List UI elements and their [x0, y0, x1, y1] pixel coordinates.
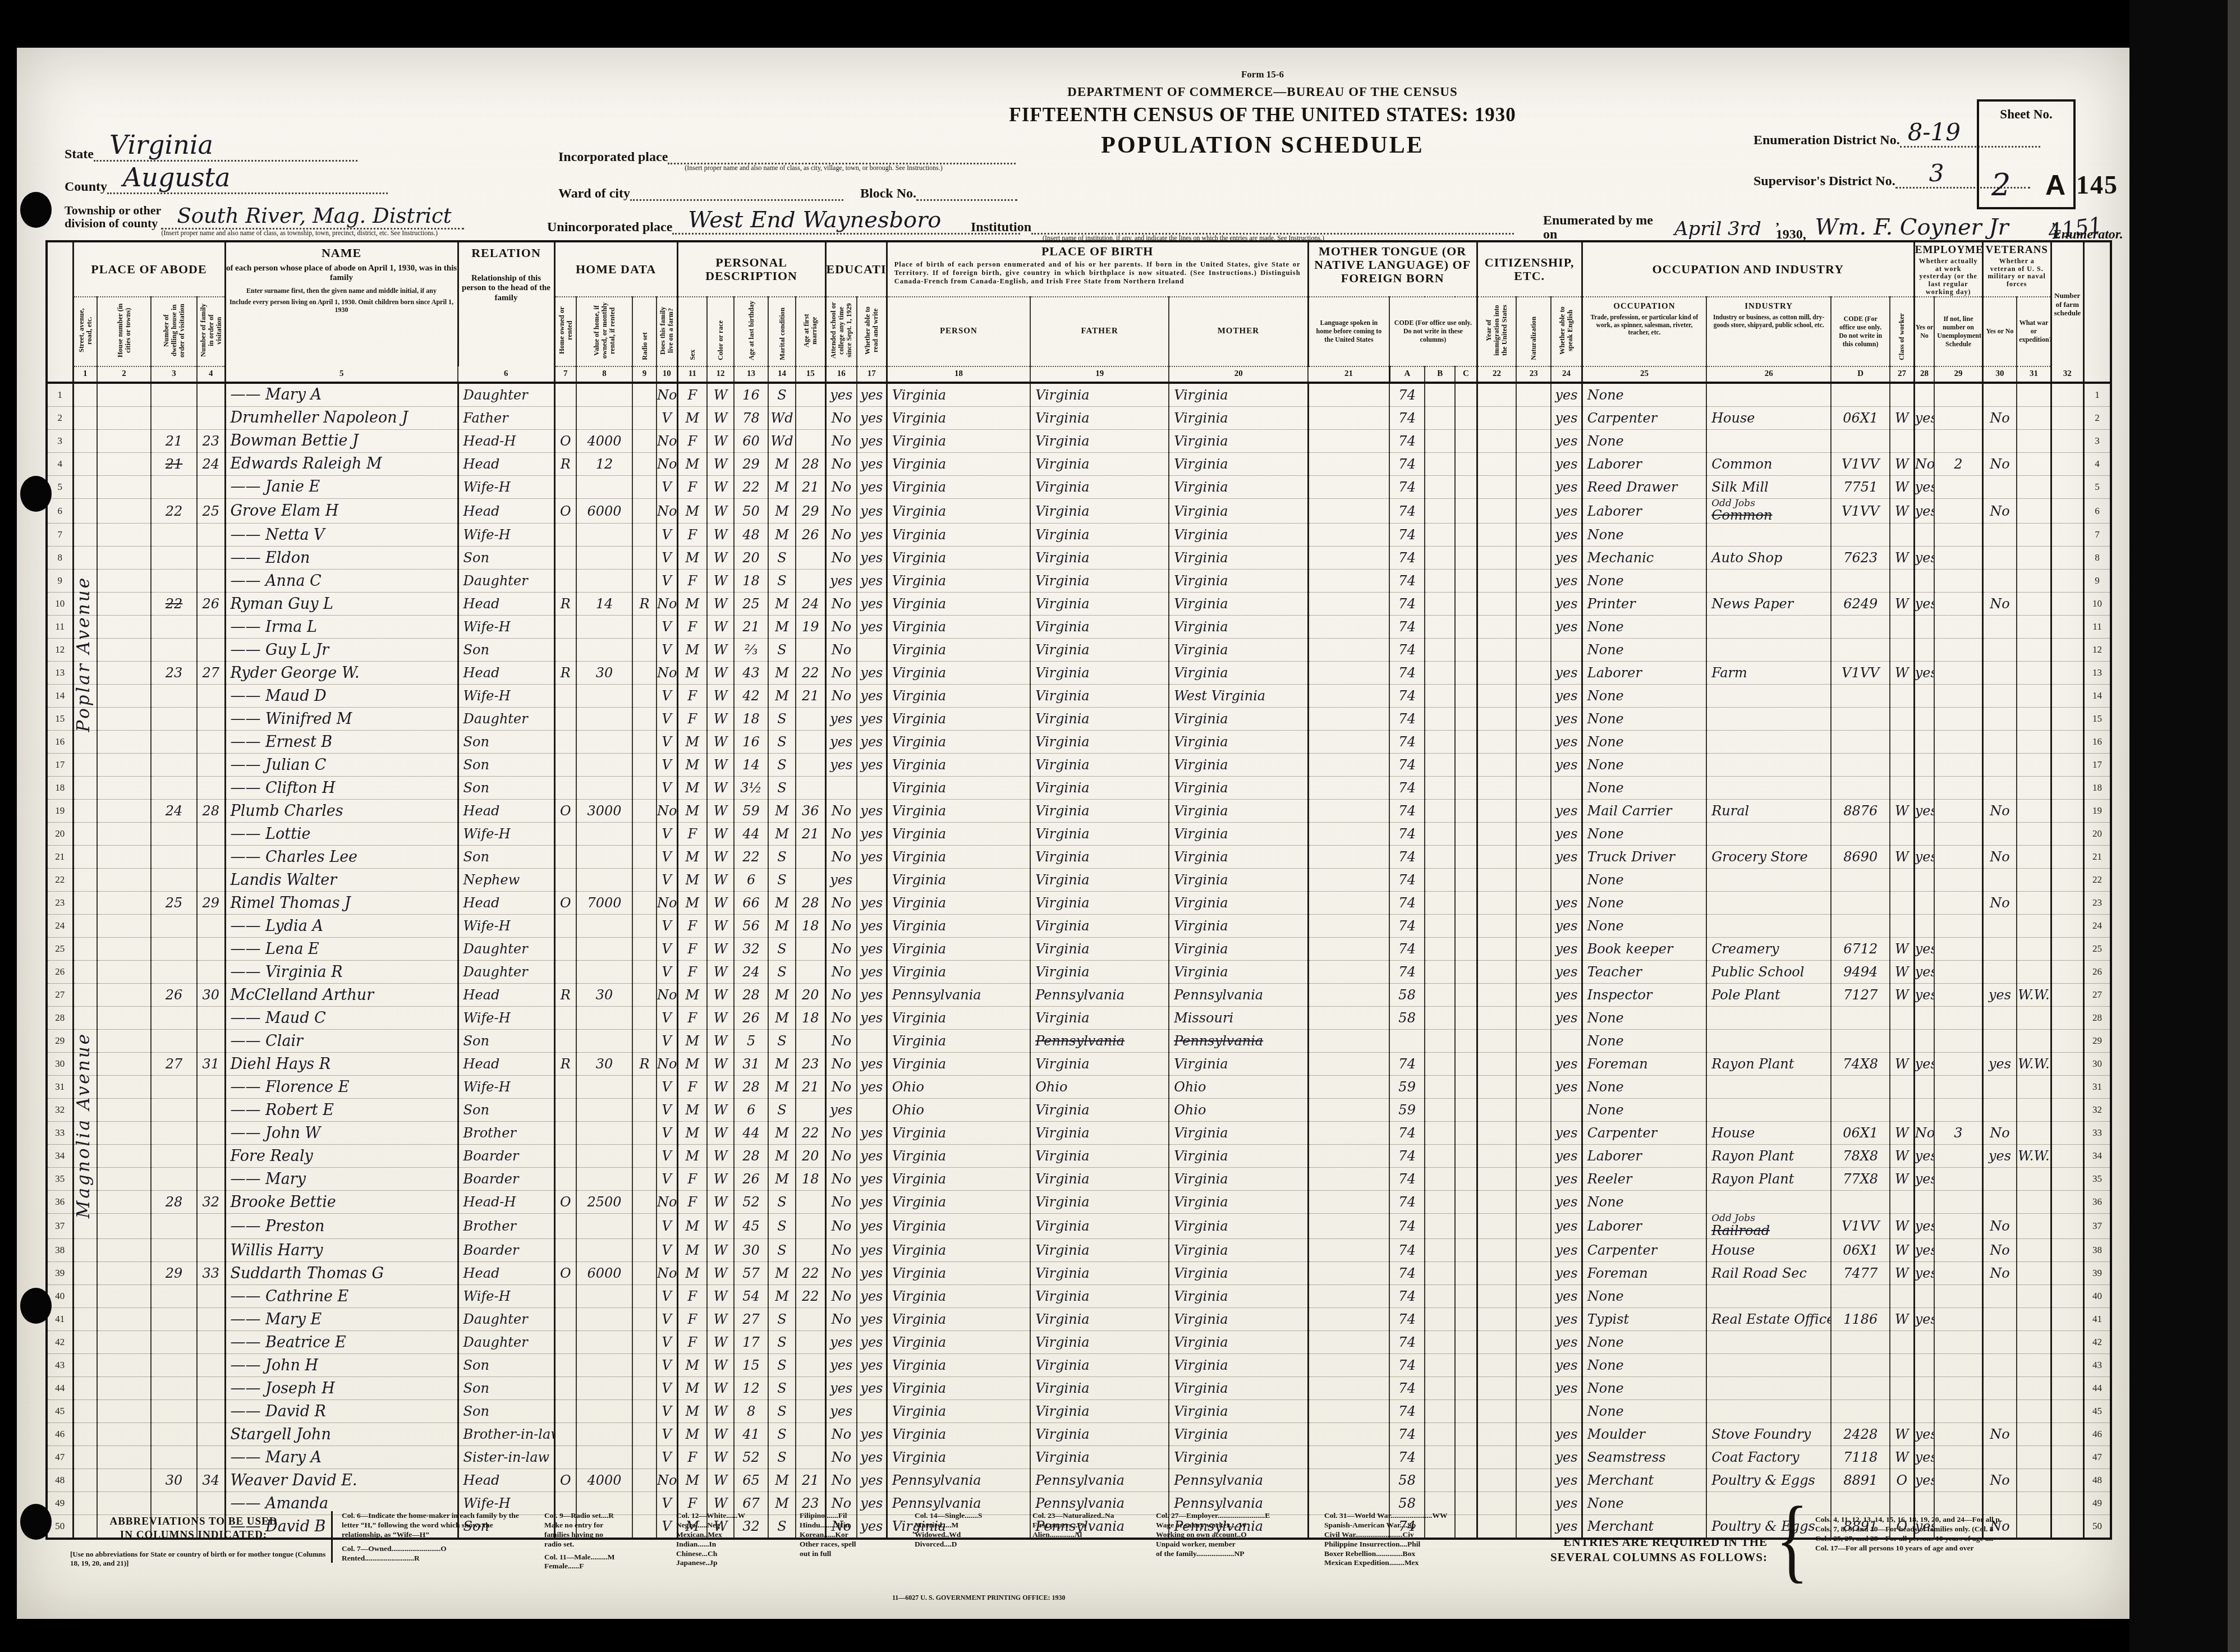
cell-c22 [1477, 498, 1516, 524]
cell-owned [554, 475, 576, 498]
cell-cc [1455, 1145, 1477, 1168]
cell-cd: 7623 [1831, 547, 1890, 570]
cell-house [97, 1446, 151, 1469]
cell-cc [1455, 938, 1477, 961]
cell-cb [1425, 547, 1455, 570]
cell-c29 [1934, 731, 1982, 754]
cell-occ: Truck Driver [1582, 846, 1706, 869]
cell-c27 [1890, 731, 1914, 754]
cell-marital: M [768, 616, 796, 639]
cell-c28: No [1914, 1122, 1934, 1145]
cell-sex: M [677, 1239, 707, 1262]
table-row: 14 —— Maud DWife-H VFW42M21NoyesVirginia… [47, 685, 2111, 708]
cell-c31 [2017, 1262, 2051, 1285]
cell-c23 [1516, 524, 1551, 547]
group-education: EDUCATION [825, 241, 887, 297]
cell-bm: Virginia [1169, 429, 1308, 452]
cell-color: W [707, 1377, 734, 1400]
cell-bm: Virginia [1169, 498, 1308, 524]
cell-bm: Virginia [1169, 570, 1308, 593]
cell-cc [1455, 452, 1477, 475]
cell-cb [1425, 1191, 1455, 1214]
cell-ca: 74 [1389, 1168, 1425, 1191]
cell-c23 [1516, 823, 1551, 846]
cell-ind: Real Estate Office [1706, 1308, 1831, 1331]
cell-dwell [151, 475, 197, 498]
cell-cd: 06X1 [1831, 1239, 1890, 1262]
cell-c30 [1982, 1354, 2017, 1377]
cell-c22 [1477, 452, 1516, 475]
cell-read: yes [857, 475, 887, 498]
cell-c31 [2017, 1331, 2051, 1354]
cell-name: —— Eldon [225, 547, 458, 570]
cell-relation: Boarder [458, 1239, 554, 1262]
cell-c29 [1934, 961, 1982, 984]
cell-occ: Inspector [1582, 984, 1706, 1007]
cell-house [97, 452, 151, 475]
cell-radio [632, 1099, 657, 1122]
cell-c30 [1982, 1030, 2017, 1053]
cell-agem [796, 1377, 825, 1400]
cell-mt [1308, 1122, 1389, 1145]
column-number: 2 [97, 366, 151, 383]
cell-cb [1425, 1262, 1455, 1285]
cell-c27 [1890, 1377, 1914, 1400]
column-number: 9 [632, 366, 657, 383]
cell-c23 [1516, 777, 1551, 800]
column-number: 12 [707, 366, 734, 383]
cell-c23 [1516, 800, 1551, 823]
cell-ind [1706, 524, 1831, 547]
cell-name: —— Clifton H [225, 777, 458, 800]
cell-cd [1831, 1007, 1890, 1030]
col-age-married-header: Age at first marriage [796, 297, 825, 366]
cell-marital: M [768, 1492, 796, 1515]
cell-color: W [707, 1285, 734, 1308]
cell-read: yes [857, 1492, 887, 1515]
cell-radio [632, 777, 657, 800]
column-numbers-row: 123456789101112131415161718192021ABC2223… [47, 366, 2111, 383]
cell-read: yes [857, 685, 887, 708]
cell-agem [796, 1423, 825, 1446]
cell-dwell [151, 777, 197, 800]
cell-name: —— Beatrice E [225, 1331, 458, 1354]
cell-value [576, 1285, 632, 1308]
cell-marital: M [768, 498, 796, 524]
cell-relation: Son [458, 1030, 554, 1053]
cell-bm: Virginia [1169, 892, 1308, 915]
column-number: 16 [825, 366, 857, 383]
cell-mt [1308, 1168, 1389, 1191]
incorporated-label: Incorporated place [558, 150, 668, 164]
line-col-header [47, 241, 73, 383]
cell-c30 [1982, 1446, 2017, 1469]
legend-col14: Col. 14—Single.......SMarried.....MWidow… [915, 1511, 982, 1549]
cell-c23 [1516, 1030, 1551, 1053]
cell-school: No [825, 616, 857, 639]
cell-agem: 22 [796, 1285, 825, 1308]
cell-ca: 59 [1389, 1076, 1425, 1099]
cell-farm: V [657, 1099, 677, 1122]
cell-bp: Virginia [887, 1308, 1030, 1331]
cell-c32 [2051, 823, 2083, 846]
cell-ind: News Paper [1706, 593, 1831, 616]
cell-c32 [2051, 869, 2083, 892]
cell-ind: Poultry & Eggs [1706, 1469, 1831, 1492]
cell-cb [1425, 800, 1455, 823]
street-name-poplar: Poplar Avenue [71, 440, 97, 867]
cell-family [197, 475, 225, 498]
cell-c32 [2051, 754, 2083, 777]
cell-farm: V [657, 570, 677, 593]
cell-color: W [707, 639, 734, 662]
cell-value: 2500 [576, 1191, 632, 1214]
cell-street [73, 1331, 97, 1354]
cell-value: 6000 [576, 498, 632, 524]
cell-agem [796, 869, 825, 892]
cell-c23 [1516, 1285, 1551, 1308]
cell-ind: Rayon Plant [1706, 1053, 1831, 1076]
cell-color: W [707, 1030, 734, 1053]
cell-c22 [1477, 777, 1516, 800]
enumerated-label: Enumerated by me on [1543, 214, 1670, 242]
cell-school: No [825, 846, 857, 869]
cell-school: No [825, 1053, 857, 1076]
cell-value: 4000 [576, 1469, 632, 1492]
cell-house [97, 475, 151, 498]
cell-cb [1425, 452, 1455, 475]
cell-age: 32 [734, 938, 768, 961]
cell-ln: 25 [47, 938, 73, 961]
cell-c27 [1890, 383, 1914, 407]
cell-read: yes [857, 1515, 887, 1539]
col-value-header: Value of home, if owned, or monthly rent… [576, 297, 632, 366]
cell-read: yes [857, 1262, 887, 1285]
cell-bp: Virginia [887, 869, 1030, 892]
cell-c30 [1982, 1400, 2017, 1423]
cell-c28 [1914, 1007, 1934, 1030]
cell-bm: Virginia [1169, 846, 1308, 869]
cell-c30 [1982, 1492, 2017, 1515]
cell-c30: No [1982, 800, 2017, 823]
cell-c24: yes [1551, 708, 1582, 731]
scan-right-black-band [2129, 0, 2240, 1652]
cell-c23 [1516, 1168, 1551, 1191]
cell-ln: 42 [47, 1331, 73, 1354]
cell-dwell: 28 [151, 1191, 197, 1214]
cell-ind: Rayon Plant [1706, 1145, 1831, 1168]
cell-c31 [2017, 1030, 2051, 1053]
cell-ind: Silk Mill [1706, 475, 1831, 498]
cell-school: No [825, 800, 857, 823]
population-schedule-table: PLACE OF ABODE NAME of each person whose… [45, 240, 2112, 1540]
cell-farm: V [657, 915, 677, 938]
cell-mt [1308, 938, 1389, 961]
cell-cb [1425, 593, 1455, 616]
cell-read: yes [857, 1007, 887, 1030]
cell-ind [1706, 777, 1831, 800]
cell-c23 [1516, 406, 1551, 429]
cell-ind [1706, 754, 1831, 777]
cell-cc [1455, 616, 1477, 639]
cell-c29 [1934, 1492, 1982, 1515]
cell-c31 [2017, 593, 2051, 616]
cell-c30: yes [1982, 1145, 2017, 1168]
cell-bf: Virginia [1030, 1285, 1169, 1308]
cell-c27: W [1890, 984, 1914, 1007]
cell-c23 [1516, 1331, 1551, 1354]
cell-relation: Daughter [458, 708, 554, 731]
cell-ca: 74 [1389, 846, 1425, 869]
cell-c24: yes [1551, 961, 1582, 984]
cell-c29 [1934, 1239, 1982, 1262]
cell-read [857, 777, 887, 800]
cell-read: yes [857, 1214, 887, 1239]
cell-c32 [2051, 1122, 2083, 1145]
column-number: 4 [197, 366, 225, 383]
cell-c32 [2051, 1446, 2083, 1469]
cell-c27 [1890, 1492, 1914, 1515]
table-row: 6 2225Grove Elam HHeadO6000 NoMW50M29Noy… [47, 498, 2111, 524]
cell-lnr: 22 [2083, 869, 2111, 892]
cell-occ: Laborer [1582, 662, 1706, 685]
cell-ca: 74 [1389, 1423, 1425, 1446]
cell-relation: Wife-H [458, 1007, 554, 1030]
cell-bp: Ohio [887, 1076, 1030, 1099]
cell-house [97, 639, 151, 662]
cell-radio [632, 846, 657, 869]
cell-relation: Head [458, 1053, 554, 1076]
cell-color: W [707, 1053, 734, 1076]
cell-school: yes [825, 1099, 857, 1122]
cell-school: yes [825, 869, 857, 892]
cell-read: yes [857, 1377, 887, 1400]
group-place-of-abode: PLACE OF ABODE [73, 241, 225, 297]
enumerated-date: April 3rd [1674, 218, 1761, 240]
cell-ca: 74 [1389, 915, 1425, 938]
cell-cd [1831, 1354, 1890, 1377]
col-color-header: Color or race [707, 297, 734, 366]
cell-dwell: 29 [151, 1262, 197, 1285]
cell-farm: V [657, 406, 677, 429]
cell-lnr: 4 [2083, 452, 2111, 475]
cell-radio [632, 1400, 657, 1423]
cell-c27 [1890, 1007, 1914, 1030]
cell-name: Ryder George W. [225, 662, 458, 685]
cell-house [97, 524, 151, 547]
incorporated-field: Incorporated place (Insert proper name a… [558, 146, 1016, 164]
cell-street [73, 1308, 97, 1331]
cell-age: 66 [734, 892, 768, 915]
cell-ca: 74 [1389, 406, 1425, 429]
cell-c31 [2017, 1354, 2051, 1377]
cell-bp: Virginia [887, 731, 1030, 754]
cell-c32 [2051, 1214, 2083, 1239]
cell-c29 [1934, 915, 1982, 938]
cell-cd [1831, 869, 1890, 892]
cell-ind: Common [1706, 452, 1831, 475]
cell-c27 [1890, 823, 1914, 846]
cell-bm: Virginia [1169, 1308, 1308, 1331]
cell-ind: Odd JobsRailroad [1706, 1214, 1831, 1239]
cell-cb [1425, 1423, 1455, 1446]
cell-bp: Virginia [887, 685, 1030, 708]
cell-agem: 26 [796, 524, 825, 547]
cell-cd [1831, 915, 1890, 938]
cell-c30 [1982, 570, 2017, 593]
cell-cd: 74X8 [1831, 1053, 1890, 1076]
cell-c27: W [1890, 1262, 1914, 1285]
cell-house [97, 1191, 151, 1214]
cell-bp: Virginia [887, 961, 1030, 984]
cell-ind [1706, 383, 1831, 407]
cell-cc [1455, 406, 1477, 429]
cell-c30 [1982, 1168, 2017, 1191]
cell-c24: yes [1551, 429, 1582, 452]
cell-c22 [1477, 1168, 1516, 1191]
cell-agem: 20 [796, 1145, 825, 1168]
table-row: 27 2630McClelland ArthurHeadR30 NoMW28M2… [47, 984, 2111, 1007]
cell-sex: F [677, 1076, 707, 1099]
cell-owned: O [554, 892, 576, 915]
cell-c31: W.W. [2017, 1053, 2051, 1076]
cell-cb [1425, 846, 1455, 869]
cell-radio [632, 685, 657, 708]
cell-name: Edwards Raleigh M [225, 452, 458, 475]
cell-relation: Boarder [458, 1168, 554, 1191]
cell-marital: S [768, 754, 796, 777]
cell-occ: None [1582, 1007, 1706, 1030]
township-value: South River, Mag. District [177, 204, 451, 228]
cell-ca: 74 [1389, 1122, 1425, 1145]
col-occupation-header: OCCUPATION Trade, profession, or particu… [1582, 297, 1706, 366]
cell-ca: 74 [1389, 1239, 1425, 1262]
cell-c32 [2051, 498, 2083, 524]
cell-lnr: 12 [2083, 639, 2111, 662]
cell-value [576, 938, 632, 961]
cell-school: No [825, 1214, 857, 1239]
county-field: County Augusta [65, 176, 388, 194]
group-place-of-birth: PLACE OF BIRTH Place of birth of each pe… [887, 241, 1308, 297]
cell-occ: Printer [1582, 593, 1706, 616]
cell-dwell [151, 685, 197, 708]
cell-agem: 24 [796, 593, 825, 616]
cell-owned [554, 708, 576, 731]
cell-agem: 28 [796, 892, 825, 915]
punch-hole [20, 1504, 52, 1540]
cell-ca: 74 [1389, 383, 1425, 407]
cell-ln: 22 [47, 869, 73, 892]
cell-marital: M [768, 1469, 796, 1492]
cell-c30 [1982, 869, 2017, 892]
cell-dwell [151, 1492, 197, 1515]
cell-c32 [2051, 1168, 2083, 1191]
cell-c28: yes [1914, 406, 1934, 429]
cell-c27: W [1890, 1446, 1914, 1469]
cell-c24: yes [1551, 616, 1582, 639]
cell-family: 23 [197, 429, 225, 452]
cell-radio [632, 1262, 657, 1285]
cell-family [197, 1239, 225, 1262]
cell-marital: S [768, 1377, 796, 1400]
cell-school: yes [825, 1377, 857, 1400]
cell-owned [554, 639, 576, 662]
cell-agem [796, 1446, 825, 1469]
cell-house [97, 1007, 151, 1030]
cell-color: W [707, 1122, 734, 1145]
cell-mt [1308, 1446, 1389, 1469]
cell-lnr: 9 [2083, 570, 2111, 593]
cell-age: 50 [734, 498, 768, 524]
cell-age: 30 [734, 1239, 768, 1262]
cell-dwell: 30 [151, 1469, 197, 1492]
cell-read: yes [857, 1145, 887, 1168]
cell-c31 [2017, 731, 2051, 754]
cell-bf: Pennsylvania [1030, 1469, 1169, 1492]
cell-sex: F [677, 915, 707, 938]
cell-agem [796, 938, 825, 961]
cell-c32 [2051, 800, 2083, 823]
cell-age: 8 [734, 1400, 768, 1423]
cell-c29 [1934, 1007, 1982, 1030]
cell-occ: None [1582, 1400, 1706, 1423]
cell-marital: M [768, 593, 796, 616]
cell-cc [1455, 1400, 1477, 1423]
table-row: 24 —— Lydia AWife-H VFW56M18NoyesVirgini… [47, 915, 2111, 938]
cell-c24: yes [1551, 406, 1582, 429]
cell-c24 [1551, 639, 1582, 662]
cell-c28: yes [1914, 593, 1934, 616]
cell-mt [1308, 846, 1389, 869]
col-sex-header: Sex [677, 297, 707, 366]
cell-house [97, 1331, 151, 1354]
cell-owned [554, 731, 576, 754]
cell-owned [554, 1354, 576, 1377]
cell-c32 [2051, 1354, 2083, 1377]
cell-lnr: 29 [2083, 1030, 2111, 1053]
cell-street [73, 1423, 97, 1446]
cell-cb [1425, 1099, 1455, 1122]
cell-radio [632, 1354, 657, 1377]
cell-radio [632, 731, 657, 754]
cell-school: No [825, 1145, 857, 1168]
cell-family [197, 1423, 225, 1446]
cell-farm: V [657, 547, 677, 570]
cell-c29 [1934, 1469, 1982, 1492]
cell-c27 [1890, 1400, 1914, 1423]
cell-owned [554, 383, 576, 407]
cell-c22 [1477, 429, 1516, 452]
group-home-data: HOME DATA [554, 241, 677, 297]
cell-agem: 29 [796, 498, 825, 524]
cell-value [576, 524, 632, 547]
cell-c31 [2017, 498, 2051, 524]
cell-c31 [2017, 547, 2051, 570]
cell-age: 41 [734, 1423, 768, 1446]
cell-family [197, 1400, 225, 1423]
cell-c28: yes [1914, 1469, 1934, 1492]
cell-house [97, 731, 151, 754]
cell-bp: Virginia [887, 708, 1030, 731]
cell-color: W [707, 1214, 734, 1239]
cell-family: 29 [197, 892, 225, 915]
cell-read: yes [857, 1446, 887, 1469]
cell-marital: S [768, 1099, 796, 1122]
cell-read: yes [857, 547, 887, 570]
cell-relation: Daughter [458, 383, 554, 407]
cell-family [197, 1122, 225, 1145]
cell-cc [1455, 429, 1477, 452]
